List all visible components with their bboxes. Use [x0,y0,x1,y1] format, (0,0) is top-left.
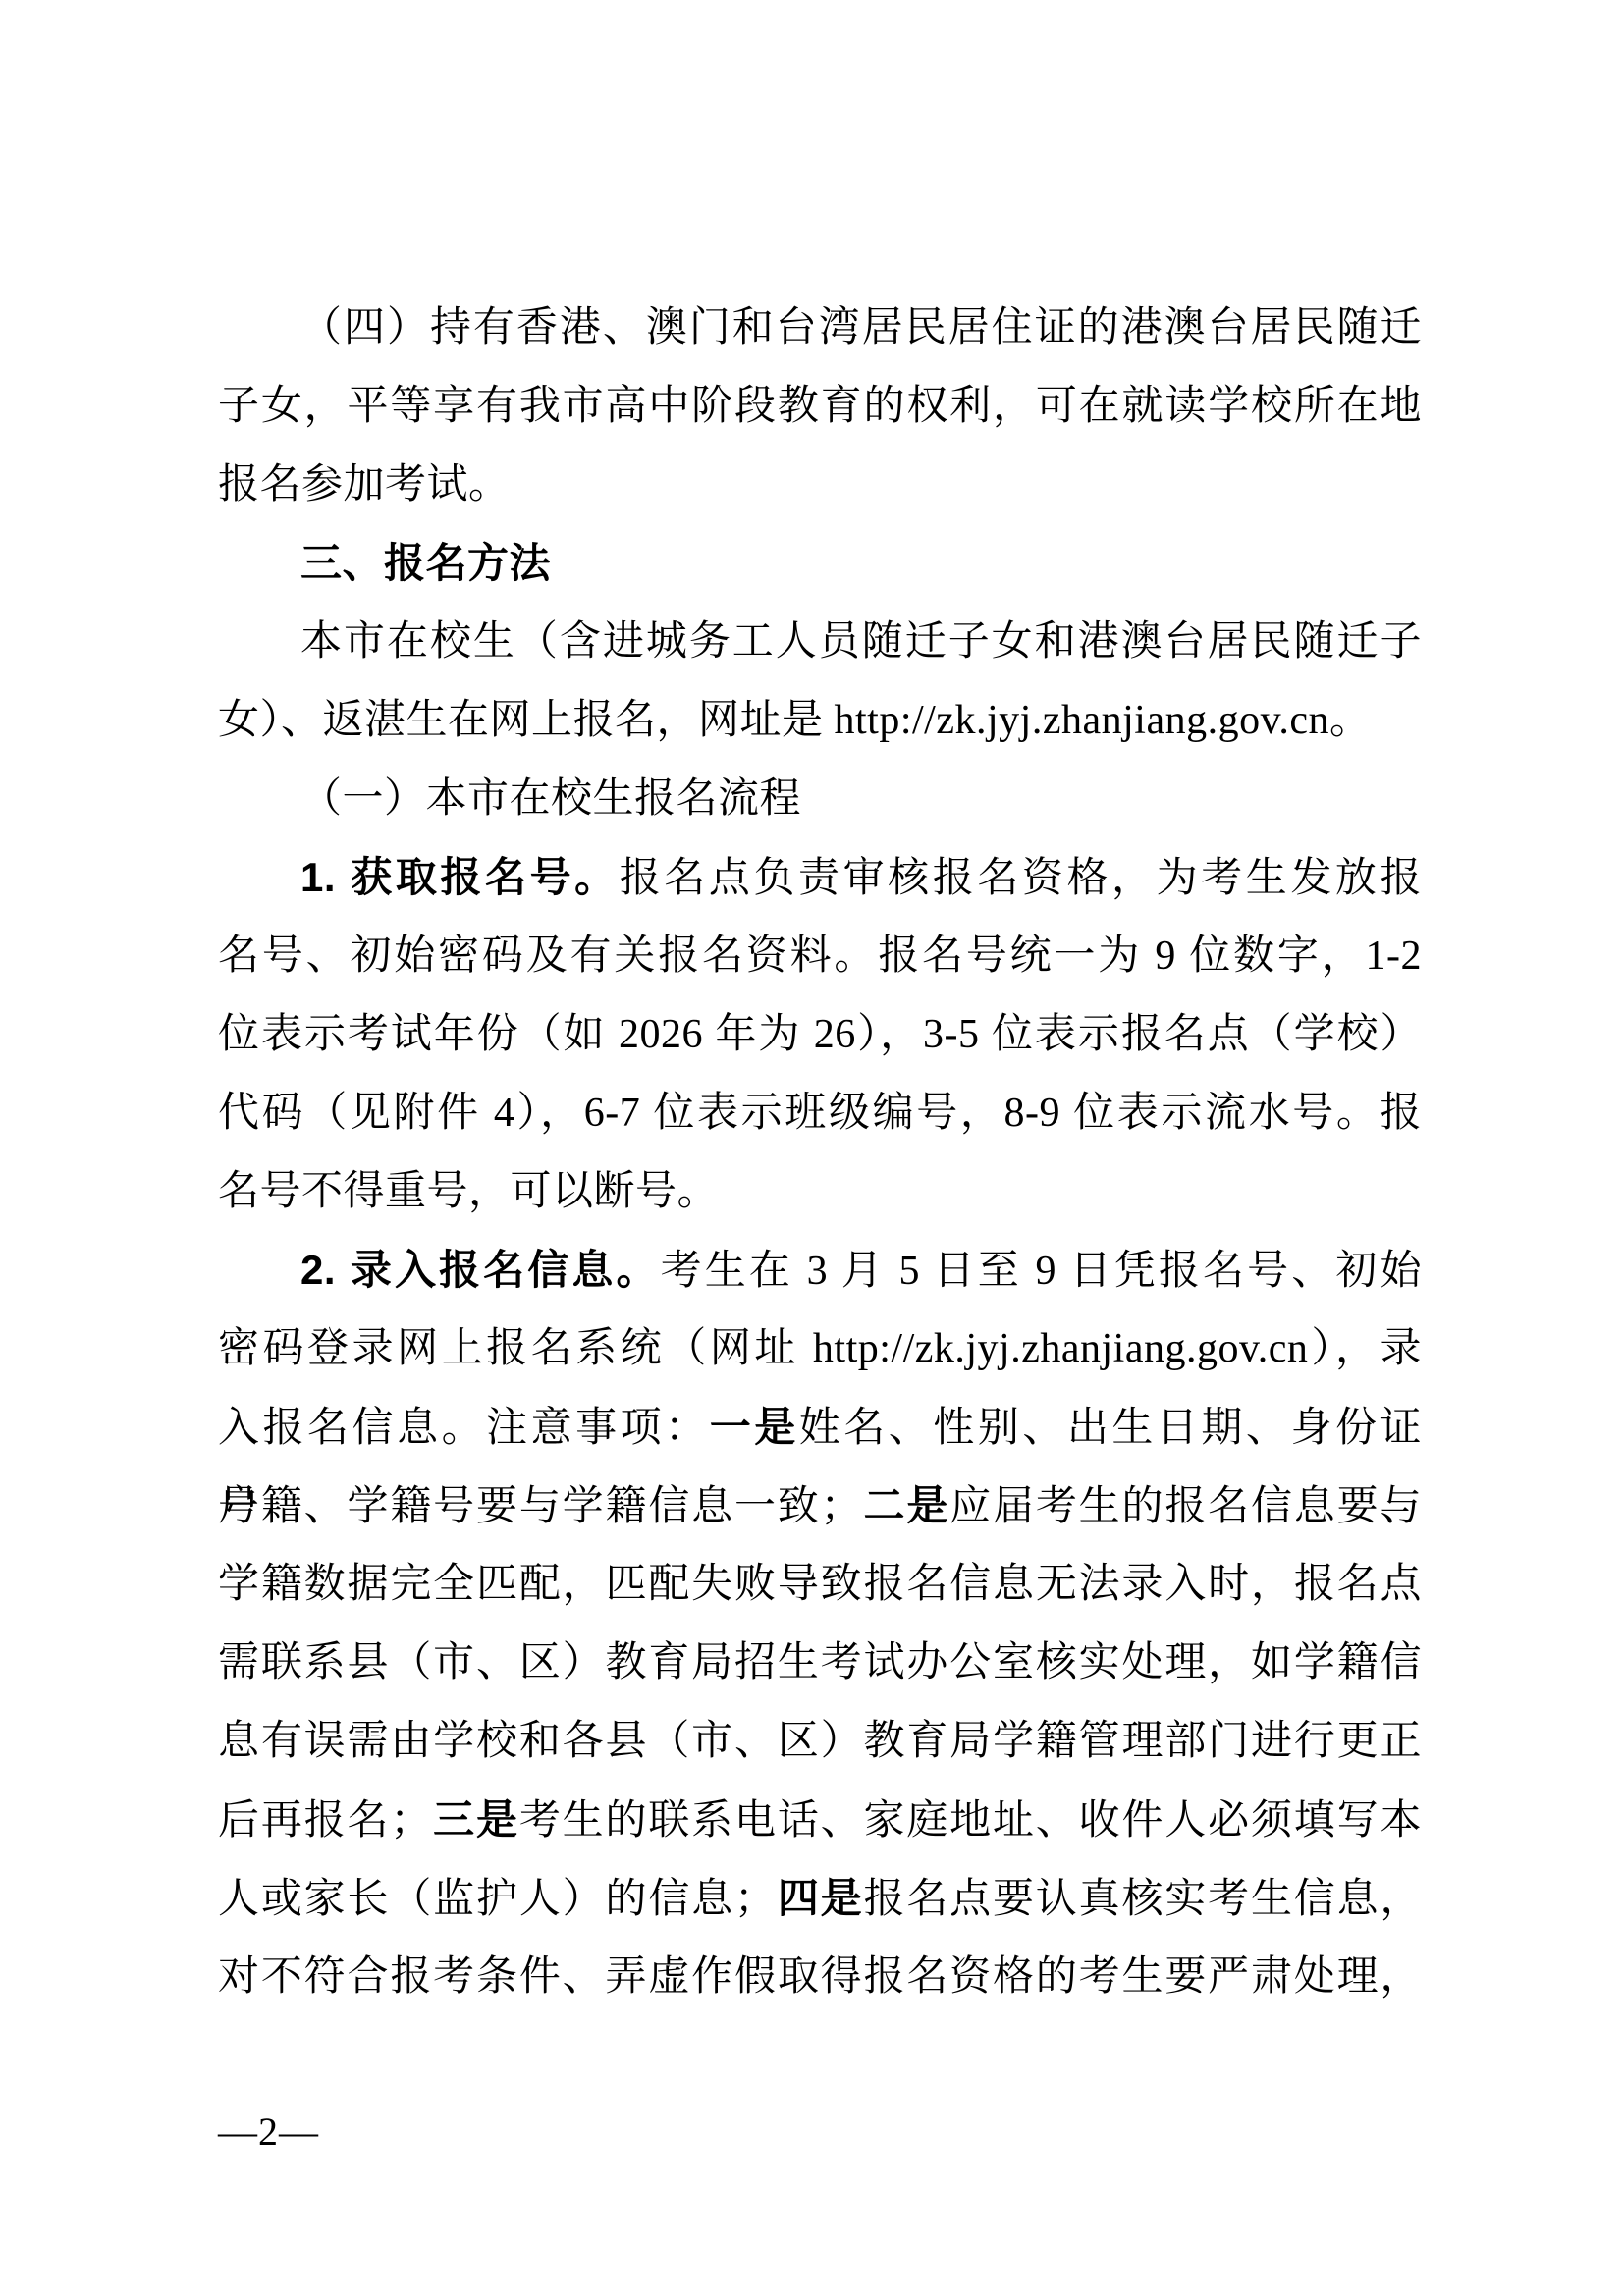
text-segment: 密码登录网上报名系统（网址 http://zk.jyj.zhanjiang.go… [218,1326,1422,1371]
emphasis-segment: 一是 [710,1404,799,1450]
text-segment: 子女，平等享有我市高中阶段教育的权利，可在就读学校所在地 [218,384,1422,429]
text-line: 学籍数据完全匹配，匹配失败导致报名信息无法录入时，报名点 [218,1545,1422,1624]
heading-text: （一）本市在校生报名流程 [300,776,801,822]
text-segment: 人或家长（监护人）的信息； [218,1877,776,1922]
emphasis-segment: 二是 [862,1482,949,1528]
emphasis-segment: 2. 录入报名信息。 [300,1247,661,1293]
text-segment: 报名参加考试。 [218,462,511,507]
text-line: 女）、返湛生在网上报名，网址是 http://zk.jyj.zhanjiang.… [218,681,1422,760]
text-segment: 考生的联系电话、家庭地址、收件人必须填写本 [519,1798,1422,1843]
text-segment: 代码（见附件 4），6-7 位表示班级编号，8-9 位表示流水号。报 [218,1091,1422,1136]
text-segment: 考生在 3 月 5 日至 9 日凭报名号、初始 [661,1249,1422,1294]
heading-subsection-1: （一）本市在校生报名流程 [218,760,1422,838]
text-line: 本市在校生（含进城务工人员随迁子女和港澳台居民随迁子 [218,603,1422,681]
text-line: 位表示考试年份（如 2026 年为 26），3-5 位表示报名点（学校） [218,995,1422,1074]
text-segment: 本市在校生（含进城务工人员随迁子女和港澳台居民随迁子 [300,619,1422,665]
document-page: （四）持有香港、澳门和台湾居民居住证的港澳台居民随迁 子女，平等享有我市高中阶段… [0,0,1624,2296]
page-number: —2— [218,2112,319,2152]
emphasis-segment: 四是 [776,1875,863,1921]
text-segment: 位表示考试年份（如 2026 年为 26），3-5 位表示报名点（学校） [218,1012,1422,1057]
text-segment: 户籍、学籍号要与学籍信息一致； [218,1484,862,1529]
text-line: 子女，平等享有我市高中阶段教育的权利，可在就读学校所在地 [218,367,1422,446]
text-line: 2. 录入报名信息。考生在 3 月 5 日至 9 日凭报名号、初始 [218,1231,1422,1309]
text-line: 后再报名；三是考生的联系电话、家庭地址、收件人必须填写本 [218,1781,1422,1859]
text-line: 对不符合报考条件、弄虚作假取得报名资格的考生要严肃处理， [218,1938,1422,2016]
text-line: 息有误需由学校和各县（市、区）教育局学籍管理部门进行更正 [218,1702,1422,1781]
text-line: 需联系县（市、区）教育局招生考试办公室核实处理，如学籍信 [218,1624,1422,1702]
text-segment: 应届考生的报名信息要与 [949,1484,1422,1529]
emphasis-segment: 三是 [432,1796,519,1842]
text-segment: 名号不得重号，可以断号。 [218,1169,719,1214]
text-line: 1. 获取报名号。报名点负责审核报名资格，为考生发放报 [218,838,1422,917]
text-segment: 对不符合报考条件、弄虚作假取得报名资格的考生要严肃处理， [218,1954,1422,2000]
text-segment: （四）持有香港、澳门和台湾居民居住证的港澳台居民随迁 [300,305,1422,350]
text-line: 名号、初始密码及有关报名资料。报名号统一为 9 位数字，1-2 [218,917,1422,995]
text-line: 报名参加考试。 [218,446,1422,524]
emphasis-segment: 1. 获取报名号。 [300,854,620,900]
heading-text: 三、报名方法 [300,540,551,586]
heading-section-3: 三、报名方法 [218,524,1422,603]
text-segment: 后再报名； [218,1798,432,1843]
document-text-block: （四）持有香港、澳门和台湾居民居住证的港澳台居民随迁 子女，平等享有我市高中阶段… [218,289,1422,2016]
text-segment: 报名点负责审核报名资格，为考生发放报 [620,856,1422,901]
text-segment: 名号、初始密码及有关报名资料。报名号统一为 9 位数字，1-2 [218,934,1422,979]
text-segment: 女）、返湛生在网上报名，网址是 http://zk.jyj.zhanjiang.… [218,698,1372,743]
text-line: （四）持有香港、澳门和台湾居民居住证的港澳台居民随迁 [218,289,1422,367]
text-line: 代码（见附件 4），6-7 位表示班级编号，8-9 位表示流水号。报 [218,1074,1422,1152]
text-line: 密码登录网上报名系统（网址 http://zk.jyj.zhanjiang.go… [218,1309,1422,1388]
text-line: 名号不得重号，可以断号。 [218,1152,1422,1231]
text-line: 入报名信息。注意事项：一是姓名、性别、出生日期、身份证号、 [218,1388,1422,1467]
text-line: 户籍、学籍号要与学籍信息一致；二是应届考生的报名信息要与 [218,1467,1422,1545]
text-segment: 需联系县（市、区）教育局招生考试办公室核实处理，如学籍信 [218,1640,1422,1685]
text-segment: 息有误需由学校和各县（市、区）教育局学籍管理部门进行更正 [218,1719,1422,1764]
text-segment: 学籍数据完全匹配，匹配失败导致报名信息无法录入时，报名点 [218,1562,1422,1607]
text-segment: 入报名信息。注意事项： [218,1406,710,1451]
text-segment: 报名点要认真核实考生信息， [863,1877,1421,1922]
text-line: 人或家长（监护人）的信息；四是报名点要认真核实考生信息， [218,1859,1422,1938]
